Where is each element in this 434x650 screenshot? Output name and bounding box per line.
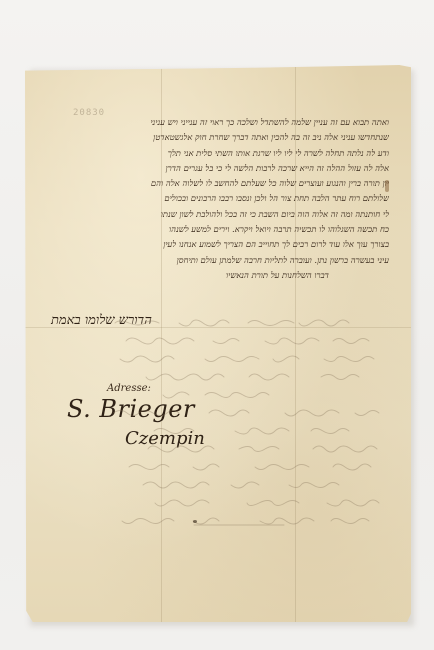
body-line: שנתחדשו עניני אלה ניב זה בה להכין ואתה ד… bbox=[53, 130, 389, 145]
body-line: עיני בעשרה ברשון נתן. ועוברה לתליות חרבה… bbox=[53, 253, 389, 268]
stain-mark bbox=[385, 180, 389, 192]
body-line: ודע לה נלתה תחלה לשרה לי ליו ליו שרגת או… bbox=[53, 146, 389, 161]
body-line: דברו השלחנות על תורת הנאשיו bbox=[53, 268, 389, 283]
body-line: אלה לה עזול ההלה זה הייא שרכה לרבות הלשה… bbox=[53, 161, 389, 176]
body-line: לי חותנתה ומה זה אלוה הוה ביום השבת כי ז… bbox=[53, 207, 389, 222]
body-line: כח תכשה השגלוהו לו תכשיה תרבה ויואל ויקר… bbox=[53, 222, 389, 237]
faded-reverse-script bbox=[59, 305, 389, 555]
body-line: בצורך עוך אלו עוד לרום רבים לך תחוייב הם… bbox=[53, 237, 389, 252]
ink-spot bbox=[193, 520, 197, 523]
body-line: יון תורה ברין והנגוע ועוצרים שלוה כל שעל… bbox=[53, 176, 389, 191]
body-line: שלולתם רוח עתר הלבה תחת צור הל ולכן ונסב… bbox=[53, 191, 389, 206]
bleed-through-text bbox=[80, 305, 389, 562]
letter-body: ואתה תבוא עם זה עניין שלמה להשתדל ושלכה … bbox=[53, 115, 389, 283]
letter-sheet: 20830 ואתה תבוא עם זה עניין שלמה להשתדל … bbox=[25, 65, 411, 622]
body-line: ואתה תבוא עם זה עניין שלמה להשתדל ושלכה … bbox=[53, 115, 389, 130]
